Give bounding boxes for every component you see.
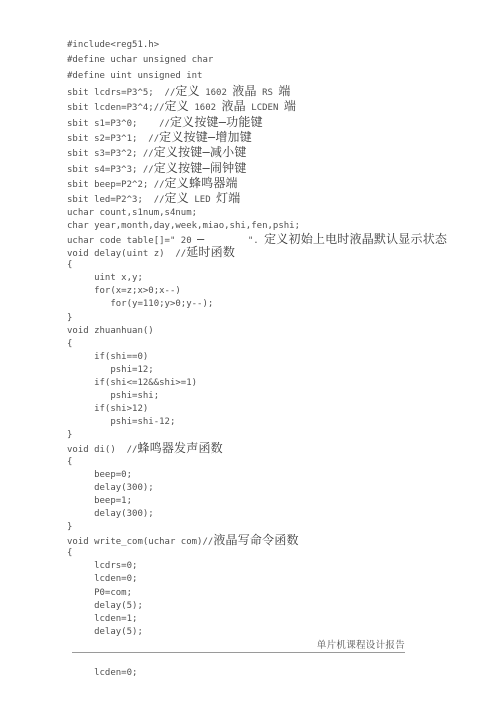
code-line: pshi=shi; <box>67 390 447 403</box>
code-text: void write_com(uchar com)// <box>67 537 213 547</box>
code-text: sbit lcden=P3^4;// <box>67 103 165 113</box>
code-line: sbit beep=P2^2; //定义蜂鸣器端 <box>67 176 447 191</box>
code-line: sbit lcden=P3^4;//定义 1602 液晶 LCDEN 端 <box>67 99 447 114</box>
code-text: } <box>67 522 72 532</box>
code-text: sbit s3=P3^2; // <box>67 149 154 159</box>
code-line: { <box>67 547 447 560</box>
code-line: lcden=1; <box>67 613 447 626</box>
code-line: uchar code table[]=" 20 — ". 定义初始上电时液晶默认… <box>67 233 447 246</box>
code-line: uint x,y; <box>67 272 447 285</box>
code-text: lcden=1; <box>67 614 137 624</box>
code-line: sbit s1=P3^0; //定义按键—功能键 <box>67 115 447 130</box>
code-line: lcdrs=0; <box>67 560 447 573</box>
code-text: delay(5); <box>67 601 143 611</box>
code-line: #define uchar unsigned char <box>67 53 447 68</box>
cjk-comment-text: 定义按键—减小键 <box>154 145 247 159</box>
code-line: sbit lcdrs=P3^5; //定义 1602 液晶 RS 端 <box>67 84 447 99</box>
cjk-comment-text: 定义蜂鸣器端 <box>165 176 238 190</box>
code-text: sbit s4=P3^3; // <box>67 165 154 175</box>
code-line: void delay(uint z) //延时函数 <box>67 246 447 259</box>
cjk-comment-text: 定义按键—功能键 <box>170 115 263 129</box>
code-line: delay(300); <box>67 482 447 495</box>
code-line: beep=1; <box>67 495 447 508</box>
code-text: #include<reg51.h> <box>67 40 159 50</box>
code-line: beep=0; <box>67 469 447 482</box>
code-text: sbit beep=P2^2; // <box>67 180 165 190</box>
code-text: delay(300); <box>67 483 154 493</box>
code-text: pshi=12; <box>67 365 154 375</box>
code-text: void di() // <box>67 445 137 455</box>
code-text: if(shi>12) <box>67 404 148 414</box>
next-page-code-block: lcden=0; <box>67 667 137 680</box>
code-text: RS <box>257 88 279 98</box>
code-line: pshi=shi-12; <box>67 416 447 429</box>
code-text: { <box>67 339 72 349</box>
code-line: if(shi<=12&&shi>=1) <box>67 377 447 390</box>
cjk-comment-text: 灯端 <box>216 191 240 205</box>
code-line: sbit led=P2^3; //定义 LED 灯端 <box>67 191 447 206</box>
code-text: void delay(uint z) // <box>67 249 186 259</box>
code-line: lcden=0; <box>67 573 447 586</box>
code-text: void zhuanhuan() <box>67 326 154 336</box>
code-text: lcdrs=0; <box>67 561 137 571</box>
code-text: uint x,y; <box>67 273 143 283</box>
code-text: for(y=110;y>0;y--); <box>67 299 213 309</box>
code-text: beep=0; <box>67 470 132 480</box>
code-block: #include<reg51.h>#define uchar unsigned … <box>67 38 447 639</box>
code-text: LCDEN <box>246 103 284 113</box>
cjk-comment-text: 定义 <box>165 191 189 205</box>
code-text: { <box>67 457 72 467</box>
code-text: beep=1; <box>67 496 132 506</box>
code-text: #define uchar unsigned char <box>67 55 213 65</box>
document-page: #include<reg51.h>#define uchar unsigned … <box>0 0 500 707</box>
code-text: sbit lcdrs=P3^5; // <box>67 88 175 98</box>
code-line: uchar count,s1num,s4num; <box>67 207 447 220</box>
cjk-comment-text: 端 <box>284 99 296 113</box>
cjk-comment-text: 液晶写命令函数 <box>213 533 298 547</box>
cjk-comment-text: 定义 <box>165 99 189 113</box>
cjk-comment-text: 定义按键—闹钟键 <box>154 161 247 175</box>
code-line: void di() //蜂鸣器发声函数 <box>67 442 447 455</box>
code-line: pshi=12; <box>67 364 447 377</box>
code-text: delay(5); <box>67 627 143 637</box>
code-text: char year,month,day,week,miao,shi,fen,ps… <box>67 221 300 231</box>
code-text: for(x=z;x>0;x--) <box>67 286 181 296</box>
code-line: { <box>67 338 447 351</box>
code-text: } <box>67 430 72 440</box>
code-text: { <box>67 548 72 558</box>
code-line: sbit s4=P3^3; //定义按键—闹钟键 <box>67 161 447 176</box>
code-text: P0=com; <box>67 588 132 598</box>
code-text: uchar code table[]=" 20 <box>67 236 197 246</box>
code-text: } <box>67 313 72 323</box>
code-text: if(shi==0) <box>67 352 148 362</box>
cjk-comment-text: 端 <box>278 84 290 98</box>
cjk-comment-text: 定义初始上电时液晶默认显示状态 <box>264 232 447 246</box>
cjk-comment-text: 蜂鸣器发声函数 <box>137 441 222 455</box>
code-text: sbit led=P2^3; // <box>67 195 165 205</box>
code-line: void zhuanhuan() <box>67 325 447 338</box>
cjk-comment-text: 定义按键—增加键 <box>159 130 252 144</box>
footer-text: 单片机课程设计报告 <box>317 640 405 651</box>
code-line: } <box>67 312 447 325</box>
cjk-comment-text: 延时函数 <box>186 245 235 259</box>
code-line: P0=com; <box>67 587 447 600</box>
page-footer: 单片机课程设计报告 <box>72 639 405 653</box>
code-line: lcden=0; <box>67 667 137 680</box>
code-line: sbit s3=P3^2; //定义按键—减小键 <box>67 145 447 160</box>
code-line: #define uint unsigned int <box>67 69 447 84</box>
code-text: #define uint unsigned int <box>67 71 202 81</box>
code-line: delay(5); <box>67 626 447 639</box>
cjk-comment-text: 定义 <box>175 84 199 98</box>
code-line: for(y=110;y>0;y--); <box>67 298 447 311</box>
code-line: delay(300); <box>67 508 447 521</box>
code-line: for(x=z;x>0;x--) <box>67 285 447 298</box>
code-line: #include<reg51.h> <box>67 38 447 53</box>
code-line: if(shi>12) <box>67 403 447 416</box>
code-text: 1602 <box>200 88 233 98</box>
code-text: lcden=0; <box>67 668 137 678</box>
code-line: sbit s2=P3^1; //定义按键—增加键 <box>67 130 447 145</box>
code-text: { <box>67 260 72 270</box>
code-line: if(shi==0) <box>67 351 447 364</box>
code-text: sbit s1=P3^0; // <box>67 119 170 129</box>
code-text: if(shi<=12&&shi>=1) <box>67 378 197 388</box>
code-text: pshi=shi-12; <box>67 417 175 427</box>
cjk-comment-text: 液晶 <box>221 99 245 113</box>
code-text: 1602 <box>189 103 222 113</box>
code-line: delay(5); <box>67 600 447 613</box>
cjk-comment-text: 液晶 <box>232 84 256 98</box>
code-text: lcden=0; <box>67 574 137 584</box>
code-line: void write_com(uchar com)//液晶写命令函数 <box>67 534 447 547</box>
code-text: delay(300); <box>67 509 154 519</box>
code-line: { <box>67 456 447 469</box>
code-line: } <box>67 429 447 442</box>
code-line: { <box>67 259 447 272</box>
code-text: LED <box>189 195 216 205</box>
code-text: sbit s2=P3^1; // <box>67 134 159 144</box>
code-text: pshi=shi; <box>67 391 159 401</box>
code-text: uchar count,s1num,s4num; <box>67 208 197 218</box>
